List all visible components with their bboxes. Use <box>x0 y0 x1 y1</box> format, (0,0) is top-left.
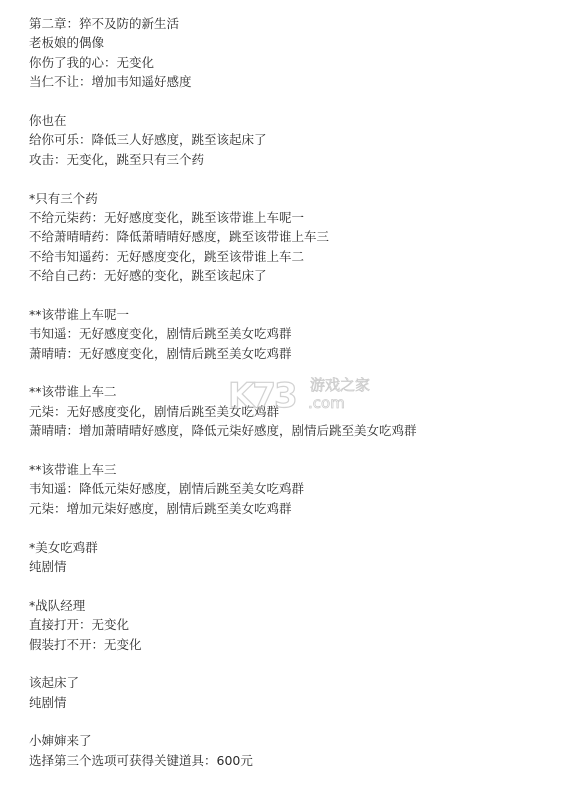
blank-line <box>29 363 569 382</box>
blank-line <box>29 285 569 304</box>
option-line: 元柒：无好感度变化，剧情后跳至美女吃鸡群 <box>29 402 569 421</box>
blank-line <box>29 712 569 731</box>
option-line: 不给自己药：无好感的变化，跳至该起床了 <box>29 266 569 285</box>
option-line: 不给元柒药：无好感度变化，跳至该带谁上车呢一 <box>29 208 569 227</box>
blank-line <box>29 441 569 460</box>
option-line: 纯剧情 <box>29 693 569 712</box>
option-line: 萧晴晴：增加萧晴晴好感度，降低元柒好感度，剧情后跳至美女吃鸡群 <box>29 421 569 440</box>
section-heading: *美女吃鸡群 <box>29 538 569 557</box>
section-heading: 老板娘的偶像 <box>29 33 569 52</box>
section-heading: *战队经理 <box>29 596 569 615</box>
option-line: 你伤了我的心：无变化 <box>29 53 569 72</box>
section-heading: **该带谁上车呢一 <box>29 305 569 324</box>
blank-line <box>29 92 569 111</box>
blank-line <box>29 654 569 673</box>
option-line: 韦知遥：降低元柒好感度，剧情后跳至美女吃鸡群 <box>29 479 569 498</box>
section-heading: 该起床了 <box>29 673 569 692</box>
option-line: 当仁不让：增加韦知遥好感度 <box>29 72 569 91</box>
option-line: 不给萧晴晴药：降低萧晴晴好感度，跳至该带谁上车三 <box>29 227 569 246</box>
option-line: 选择第三个选项可获得关键道具：600元 <box>29 751 569 770</box>
document-body: 第二章：猝不及防的新生活 老板娘的偶像 你伤了我的心：无变化 当仁不让：增加韦知… <box>29 14 569 770</box>
option-line: 假装打不开：无变化 <box>29 635 569 654</box>
section-heading: **该带谁上车二 <box>29 382 569 401</box>
option-line: 韦知遥：无好感度变化，剧情后跳至美女吃鸡群 <box>29 324 569 343</box>
option-line: 直接打开：无变化 <box>29 615 569 634</box>
option-line: 攻击：无变化，跳至只有三个药 <box>29 150 569 169</box>
blank-line <box>29 576 569 595</box>
section-heading: 小婶婶来了 <box>29 731 569 750</box>
blank-line <box>29 518 569 537</box>
option-line: 纯剧情 <box>29 557 569 576</box>
option-line: 萧晴晴：无好感度变化，剧情后跳至美女吃鸡群 <box>29 344 569 363</box>
option-line: 元柒：增加元柒好感度，剧情后跳至美女吃鸡群 <box>29 499 569 518</box>
chapter-title: 第二章：猝不及防的新生活 <box>29 14 569 33</box>
section-heading: 你也在 <box>29 111 569 130</box>
section-heading: **该带谁上车三 <box>29 460 569 479</box>
option-line: 不给韦知遥药：无好感度变化，跳至该带谁上车二 <box>29 247 569 266</box>
option-line: 给你可乐：降低三人好感度，跳至该起床了 <box>29 130 569 149</box>
section-heading: *只有三个药 <box>29 189 569 208</box>
blank-line <box>29 169 569 188</box>
